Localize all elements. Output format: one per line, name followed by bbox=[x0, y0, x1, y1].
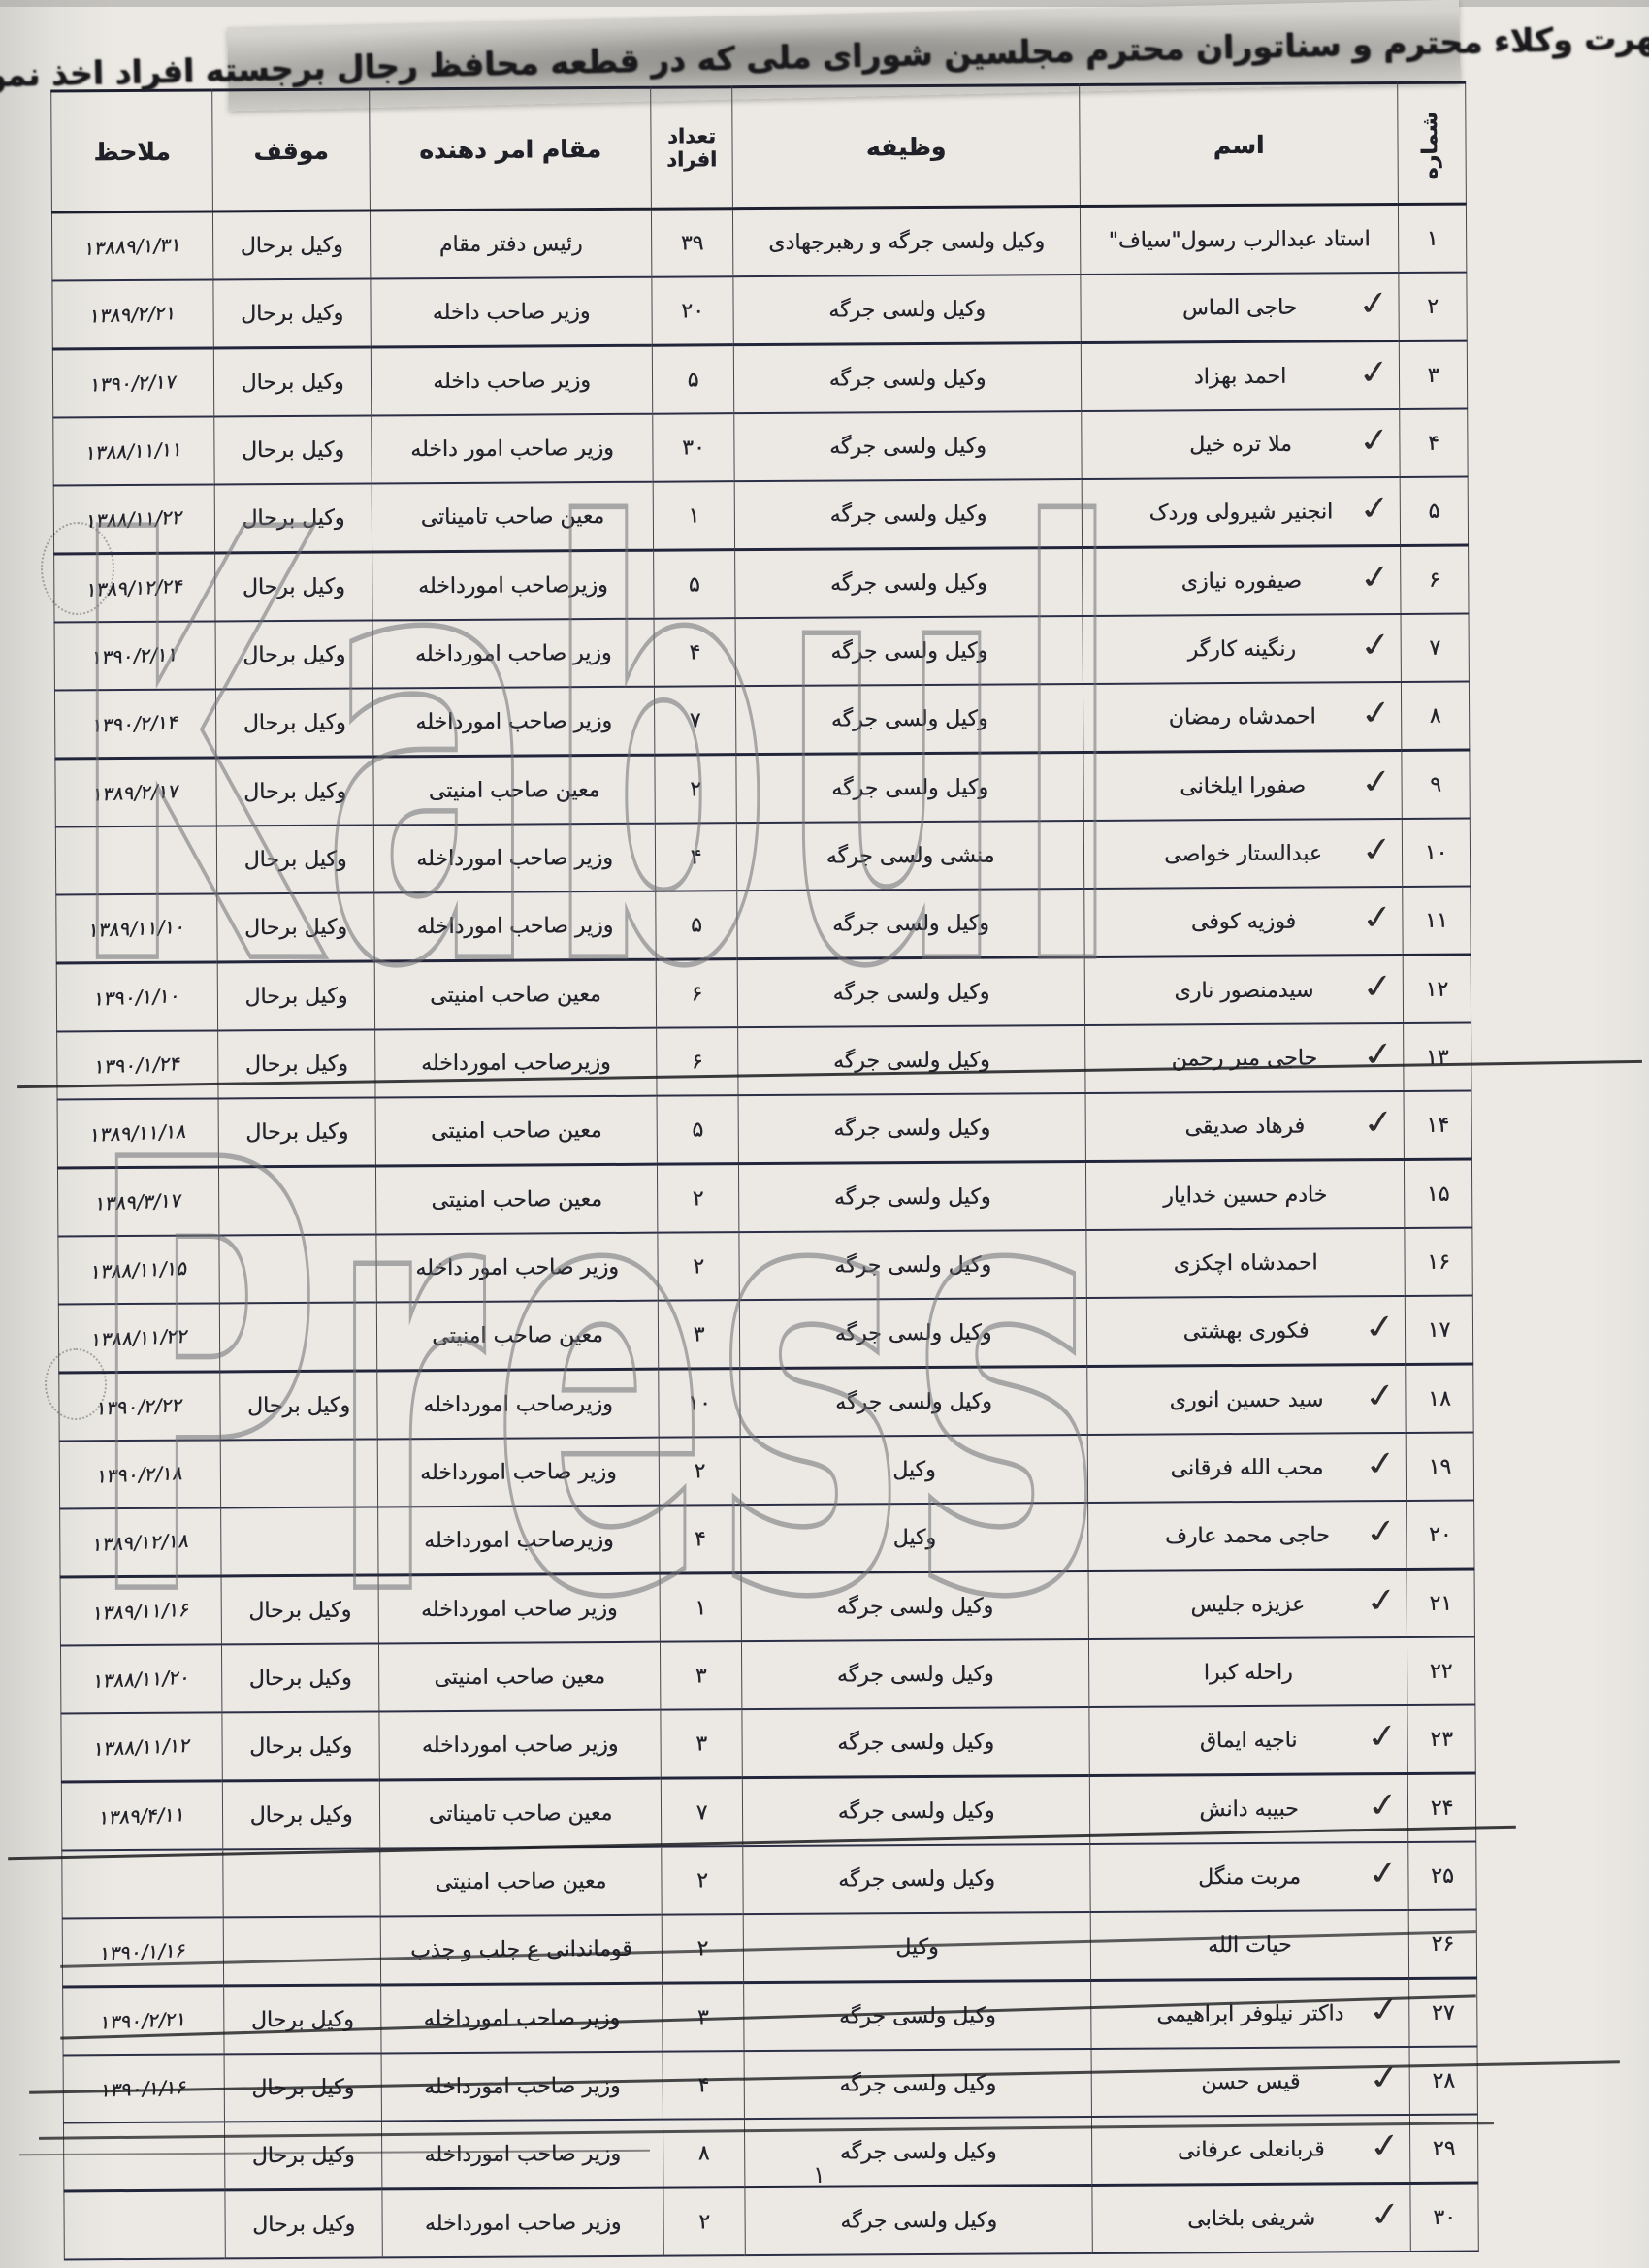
duty-cell: وکیل ولسی جرگه bbox=[734, 411, 1082, 481]
ordering-authority-cell: معین صاحب امنیتی bbox=[374, 959, 656, 1029]
staff-count-cell: ۳۰ bbox=[653, 413, 734, 482]
remarks-date-cell: ۱۳۸۹/۱۱/۱۸ bbox=[57, 1098, 218, 1168]
position-cell: وکیل برحال bbox=[214, 483, 372, 552]
handwritten-checkmark: ✓ bbox=[1364, 1716, 1403, 1758]
name-cell: ✓انجنیر شیرولی وردک bbox=[1082, 477, 1400, 548]
remarks-date-cell: ۱۳۸۹/۴/۱۱ bbox=[61, 1781, 222, 1851]
ordering-authority-cell: وزیر صاحب امورداخله bbox=[373, 824, 655, 893]
remarks-date-cell: ۱۳۹۰/۲/۱۷ bbox=[52, 348, 213, 418]
row-number-cell: ۱۳ bbox=[1404, 1023, 1471, 1091]
staff-count-cell: ۱۰ bbox=[659, 1369, 740, 1438]
name-cell: ✓سیدمنصور ناری bbox=[1084, 955, 1403, 1025]
position-cell bbox=[220, 1439, 377, 1507]
duty-cell: وکیل ولسی جرگه bbox=[741, 1571, 1088, 1641]
handwritten-checkmark: ✓ bbox=[1362, 1376, 1401, 1417]
remarks-date-cell: ۱۳۸۹/۱۲/۱۸ bbox=[60, 1507, 221, 1577]
handwritten-checkmark: ✓ bbox=[1356, 420, 1395, 462]
remarks-date-cell: ۱۳۹۰/۲/۲۱ bbox=[63, 1986, 224, 2056]
position-cell bbox=[221, 1507, 378, 1575]
staff-count-cell: ۶ bbox=[656, 959, 737, 1028]
remarks-date-cell bbox=[62, 1849, 223, 1918]
staff-count-cell: ۷ bbox=[661, 1778, 742, 1847]
name-cell: ✓حاجی الماس bbox=[1081, 273, 1399, 343]
scanned-page: جدول شهرت وکلاء محترم و سناتوران محترم م… bbox=[0, 0, 1649, 2268]
remarks-date-cell: ۱۳۸۸/۱۱/۱۲ bbox=[61, 1712, 222, 1782]
handwritten-checkmark: ✓ bbox=[1355, 283, 1394, 325]
duty-cell: منشی ولسی جرگه bbox=[736, 821, 1083, 891]
name-cell: ✓فوزیه کوفی bbox=[1084, 887, 1403, 957]
ordering-authority-cell: وزیر صاحب امورداخله bbox=[381, 1983, 663, 2053]
position-cell bbox=[219, 1234, 376, 1303]
name-cell: ✓حاجی محمد عارف bbox=[1088, 1501, 1406, 1571]
duty-cell: وکیل ولسی جرگه bbox=[744, 2049, 1091, 2119]
row-number-cell: ۵ bbox=[1400, 477, 1468, 546]
header-row: شماره اسم وظیفه تعداد افراد مقام امر دهن… bbox=[51, 82, 1467, 212]
position-cell: وکیل برحال bbox=[224, 2121, 381, 2189]
row-number-cell: ۷ bbox=[1401, 614, 1469, 682]
handwritten-checkmark: ✓ bbox=[1359, 1034, 1398, 1076]
duty-cell: وکیل ولسی جرگه bbox=[739, 1298, 1086, 1369]
column-header-remarks: ملاحظ bbox=[51, 90, 213, 212]
position-cell: وکیل برحال bbox=[221, 1643, 378, 1712]
name-cell: ✓شریفی بلخابی bbox=[1092, 2183, 1410, 2253]
guards-roster-table: شماره اسم وظیفه تعداد افراد مقام امر دهن… bbox=[50, 81, 1479, 2261]
staff-count-cell: ۵ bbox=[652, 345, 733, 414]
handwritten-checkmark: ✓ bbox=[1357, 625, 1396, 666]
table-row: ۲۰ ✓حاجی محمد عارف وکیل ۴ وزیرصاحب امورد… bbox=[60, 1501, 1474, 1577]
table-row: ۸ ✓احمدشاه رمضان وکیل ولسی جرگه ۷ وزیر ص… bbox=[54, 682, 1469, 759]
name-cell: ✓فرهاد صدیقی bbox=[1085, 1091, 1404, 1162]
position-cell: وکیل برحال bbox=[214, 415, 372, 484]
stamp-smudge bbox=[45, 1348, 107, 1420]
handwritten-arrow-mark: ↙ bbox=[1398, 243, 1406, 273]
staff-count-cell: ۲ bbox=[657, 1164, 738, 1233]
handwritten-checkmark: ✓ bbox=[1357, 693, 1396, 734]
table-row: ۱۱ ✓فوزیه کوفی وکیل ولسی جرگه ۵ وزیر صاح… bbox=[56, 887, 1471, 963]
table-row: ۱۹ ✓محب الله فرقانی وکیل ۲ وزیر صاحب امو… bbox=[59, 1433, 1473, 1509]
remarks-date-cell: ۱۳۸۹/۱۱/۱۰ bbox=[56, 893, 217, 963]
row-number-cell: ۳۰ bbox=[1410, 2183, 1478, 2252]
duty-cell: وکیل bbox=[741, 1503, 1088, 1573]
row-number-cell: ۱۱ bbox=[1403, 887, 1471, 956]
handwritten-checkmark: ✓ bbox=[1358, 829, 1397, 871]
duty-cell: وکیل ولسی جرگه bbox=[735, 547, 1083, 618]
duty-cell: وکیل ولسی جرگه bbox=[733, 342, 1081, 413]
position-cell: وکیل برحال bbox=[221, 1575, 378, 1644]
column-header-count: تعداد افراد bbox=[651, 87, 733, 210]
handwritten-checkmark: ✓ bbox=[1362, 1443, 1401, 1485]
row-number-cell: ۲۸ bbox=[1409, 2047, 1477, 2115]
table-row: ۱↙ استاد عبدالرب رسول"سیاف" وکیل ولسی جر… bbox=[51, 204, 1466, 280]
staff-count-cell: ۲۰ bbox=[652, 276, 733, 345]
handwritten-checkmark: ✓ bbox=[1359, 897, 1398, 939]
roster-table: شماره اسم وظیفه تعداد افراد مقام امر دهن… bbox=[51, 81, 1479, 2261]
row-number-cell: ۴ bbox=[1400, 409, 1468, 477]
column-header-name: اسم bbox=[1080, 82, 1399, 206]
duty-cell: وکیل ولسی جرگه bbox=[739, 1230, 1086, 1300]
ordering-authority-cell: وزیر صاحب امور داخله bbox=[376, 1233, 658, 1303]
name-cell: احمدشاه اچکزی bbox=[1086, 1228, 1405, 1298]
ordering-authority-cell: وزیر صاحب امور داخله bbox=[372, 414, 653, 484]
duty-cell: وکیل ولسی جرگه bbox=[741, 1639, 1088, 1709]
duty-cell: وکیل ولسی جرگه bbox=[745, 2185, 1092, 2255]
table-row: ۴ ✓ملا تره خیل وکیل ولسی جرگه ۳۰ وزیر صا… bbox=[53, 409, 1468, 486]
remarks-date-cell: ۱۳۸۸/۱۱/۱۱ bbox=[53, 416, 214, 485]
duty-cell: وکیل ولسی جرگه bbox=[737, 956, 1084, 1027]
table-row: ۹ ✓صفورا ایلخانی وکیل ولسی جرگه ۲ معین ص… bbox=[55, 750, 1470, 826]
table-row: ۱۲ ✓سیدمنصور ناری وکیل ولسی جرگه ۶ معین … bbox=[56, 955, 1471, 1031]
stamp-smudge bbox=[41, 522, 114, 615]
staff-count-cell: ۲ bbox=[659, 1437, 740, 1506]
position-cell: وکیل برحال bbox=[215, 552, 372, 621]
column-header-position: موقف bbox=[212, 89, 371, 211]
duty-cell: وکیل ولسی جرگه و رهبرجهادی bbox=[732, 206, 1080, 276]
row-number-cell: ۲۱ bbox=[1406, 1569, 1474, 1637]
name-cell: ✓سید حسین انوری bbox=[1087, 1364, 1406, 1435]
position-cell: وکیل برحال bbox=[216, 757, 373, 826]
ordering-authority-cell: معین صاحب امنیتی bbox=[378, 1642, 660, 1712]
ordering-authority-cell: وزیرصاحب امورداخله bbox=[372, 550, 654, 620]
staff-count-cell: ۴ bbox=[655, 823, 736, 891]
table-row: ۷ ✓رنگینه کارگر وکیل ولسی جرگه ۴ وزیر صا… bbox=[54, 614, 1469, 691]
handwritten-checkmark: ✓ bbox=[1355, 352, 1394, 394]
ordering-authority-cell: معین صاحب امنیتی bbox=[375, 1096, 657, 1166]
row-number-cell: ۸ bbox=[1401, 682, 1469, 751]
row-number-cell: ۱۴ bbox=[1404, 1091, 1471, 1160]
ordering-authority-cell: معین صاحب امنیتی bbox=[380, 1847, 662, 1917]
ordering-authority-cell: وزیر صاحب امورداخله bbox=[381, 2120, 663, 2189]
position-cell bbox=[218, 1166, 375, 1235]
row-number-cell: ۲ bbox=[1399, 273, 1467, 341]
name-cell: ✓مربت منگل bbox=[1090, 1842, 1408, 1912]
duty-cell: وکیل ولسی جرگه bbox=[734, 479, 1082, 550]
handwritten-checkmark: ✓ bbox=[1359, 966, 1398, 1008]
position-cell: وکیل برحال bbox=[218, 1029, 375, 1098]
staff-count-cell: ۱ bbox=[653, 481, 734, 550]
position-cell: وکیل برحال bbox=[220, 1371, 377, 1440]
name-cell: حیات الله bbox=[1090, 1910, 1408, 1981]
name-cell: ✓قیس حسن bbox=[1091, 2047, 1409, 2117]
staff-count-cell: ۴ bbox=[663, 2051, 744, 2120]
ordering-authority-cell: رئیس دفتر مقام bbox=[370, 209, 651, 278]
remarks-date-cell: ۱۳۹۰/۲/۱۱ bbox=[54, 621, 215, 690]
ordering-authority-cell: وزیرصاحب امورداخله bbox=[378, 1506, 660, 1575]
table-row: ۲۴ ✓حبیبه دانش وکیل ولسی جرگه ۷ معین صاح… bbox=[61, 1773, 1475, 1850]
duty-cell: وکیل ولسی جرگه bbox=[736, 752, 1083, 823]
staff-count-cell: ۴ bbox=[660, 1505, 741, 1573]
row-number-cell: ۱۲ bbox=[1403, 955, 1471, 1023]
row-number-cell: ۱۰ bbox=[1402, 819, 1470, 887]
remarks-date-cell: ۱۳۹۰/۲/۱۸ bbox=[59, 1440, 220, 1508]
table-row: ۲۲ راحله کبرا وکیل ولسی جرگه ۳ معین صاحب… bbox=[60, 1637, 1474, 1714]
row-number-cell: ۲۲ bbox=[1406, 1637, 1474, 1705]
duty-cell: وکیل ولسی جرگه bbox=[742, 1707, 1089, 1778]
name-cell: ✓احمد بهزاد bbox=[1081, 340, 1399, 411]
handwritten-checkmark: ✓ bbox=[1363, 1580, 1402, 1622]
row-number-cell: ۲۶ bbox=[1408, 1910, 1476, 1979]
row-number-cell: ۱۵ bbox=[1404, 1159, 1471, 1228]
position-cell: وکیل برحال bbox=[212, 211, 370, 279]
name-cell: ✓عبدالستار خواصی bbox=[1083, 819, 1402, 889]
table-row: ۱۵ خادم حسین خدایار وکیل ولسی جرگه ۲ معی… bbox=[57, 1159, 1471, 1236]
name-cell: ✓فکوری بهشتی bbox=[1086, 1296, 1405, 1367]
duty-cell: وکیل ولسی جرگه bbox=[740, 1366, 1087, 1437]
name-cell: ✓صیفوره نیازی bbox=[1083, 545, 1401, 616]
remarks-date-cell bbox=[63, 2122, 224, 2191]
ordering-authority-cell: معین صاحب تامیناتی bbox=[379, 1778, 661, 1848]
staff-count-cell: ۲ bbox=[663, 2187, 745, 2256]
remarks-date-cell: ۱۳۹۰/۱/۱۰ bbox=[56, 962, 217, 1032]
staff-count-cell: ۵ bbox=[656, 891, 737, 959]
position-cell: وکیل برحال bbox=[213, 347, 371, 416]
name-cell: ✓صفورا ایلخانی bbox=[1083, 750, 1402, 821]
table-row: ۶ ✓صیفوره نیازی وکیل ولسی جرگه ۵ وزیرصاح… bbox=[54, 545, 1469, 622]
remarks-date-cell: ۱۳۸۹/۳/۱۷ bbox=[57, 1167, 218, 1237]
remarks-date-cell: ۱۳۸۹/۲/۲۱ bbox=[52, 279, 213, 349]
ordering-authority-cell: وزیر صاحب امورداخله bbox=[379, 1710, 661, 1780]
ordering-authority-cell: وزیر صاحب امورداخله bbox=[372, 619, 654, 689]
position-cell: وکیل برحال bbox=[218, 1097, 375, 1166]
ordering-authority-cell: وزیرصاحب امورداخله bbox=[377, 1369, 659, 1439]
staff-count-cell: ۲ bbox=[658, 1232, 739, 1301]
duty-cell: وکیل ولسی جرگه bbox=[735, 684, 1083, 755]
column-header-authority: مقام امر دهنده bbox=[370, 87, 652, 211]
table-row: ۱۸ ✓سید حسین انوری وکیل ولسی جرگه ۱۰ وزی… bbox=[59, 1364, 1473, 1441]
position-cell: وکیل برحال bbox=[215, 620, 372, 689]
table-row: ۲ ✓حاجی الماس وکیل ولسی جرگه ۲۰ وزیر صاح… bbox=[52, 273, 1467, 349]
position-cell bbox=[219, 1302, 376, 1371]
position-cell bbox=[223, 1848, 380, 1917]
remarks-date-cell: ۱۳۸۸۹/۱/۳۱ bbox=[51, 211, 212, 281]
remarks-date-cell: ۱۳۹۰/۱/۲۴ bbox=[57, 1030, 218, 1099]
ordering-authority-cell: معین صاحب امنیتی bbox=[375, 1164, 657, 1234]
duty-cell: وکیل ولسی جرگه bbox=[737, 889, 1084, 959]
row-number-cell: ۶ bbox=[1401, 545, 1469, 614]
row-number-cell: ۱۷ bbox=[1405, 1296, 1472, 1365]
remarks-date-cell: ۱۳۹۰/۱/۱۶ bbox=[62, 1917, 223, 1987]
handwritten-checkmark: ✓ bbox=[1365, 1990, 1404, 2031]
duty-cell: وکیل ولسی جرگه bbox=[738, 1161, 1085, 1232]
ordering-authority-cell: معین صاحب امنیتی bbox=[373, 755, 655, 825]
table-row: ۱۴ ✓فرهاد صدیقی وکیل ولسی جرگه ۵ معین صا… bbox=[57, 1091, 1471, 1168]
ordering-authority-cell: وزیر صاحب امورداخله bbox=[374, 891, 656, 961]
staff-count-cell: ۷ bbox=[654, 686, 735, 755]
duty-cell: وکیل ولسی جرگه bbox=[733, 275, 1081, 345]
row-number-cell: ۲۰ bbox=[1406, 1501, 1474, 1570]
staff-count-cell: ۲ bbox=[662, 1846, 743, 1915]
staff-count-cell: ۳ bbox=[661, 1709, 742, 1778]
name-cell: استاد عبدالرب رسول"سیاف" bbox=[1080, 204, 1398, 275]
name-cell: ✓ملا تره خیل bbox=[1082, 409, 1400, 479]
remarks-date-cell: ۱۳۸۸/۱۱/۲۰ bbox=[60, 1644, 221, 1713]
staff-count-cell: ۲ bbox=[655, 755, 736, 824]
handwritten-checkmark: ✓ bbox=[1366, 2125, 1405, 2167]
table-row: ۲۳ ✓ناجیه ایماق وکیل ولسی جرگه ۳ وزیر صا… bbox=[61, 1705, 1475, 1782]
position-cell: وکیل برحال bbox=[222, 1711, 379, 1780]
position-cell: وکیل برحال bbox=[217, 961, 374, 1030]
table-row: ۱۷ ✓فکوری بهشتی وکیل ولسی جرگه ۳ معین صا… bbox=[58, 1296, 1472, 1373]
handwritten-checkmark: ✓ bbox=[1361, 1307, 1400, 1348]
remarks-date-cell bbox=[64, 2190, 225, 2260]
position-cell: وکیل برحال bbox=[216, 825, 373, 893]
ordering-authority-cell: وزیر صاحب امورداخله bbox=[378, 1573, 660, 1643]
remarks-date-cell bbox=[55, 826, 216, 894]
table-row: ۳۰ ✓شریفی بلخابی وکیل ولسی جرگه ۲ وزیر ص… bbox=[64, 2183, 1478, 2259]
name-cell: خادم حسین خدایار bbox=[1085, 1159, 1404, 1230]
staff-count-cell: ۶ bbox=[657, 1027, 738, 1096]
ordering-authority-cell: وزیرصاحب امورداخله bbox=[375, 1028, 657, 1098]
row-number-cell: ۳ bbox=[1399, 340, 1467, 409]
remarks-date-cell: ۱۳۸۹/۲/۱۷ bbox=[55, 758, 216, 827]
position-cell: وکیل برحال bbox=[213, 278, 371, 347]
remarks-date-cell: ۱۳۸۹/۱۱/۱۶ bbox=[60, 1576, 221, 1646]
ordering-authority-cell: وزیر صاحب داخله bbox=[371, 345, 652, 415]
name-cell: راحله کبرا bbox=[1088, 1637, 1406, 1707]
row-number-cell: ۲۷ bbox=[1409, 1978, 1477, 2047]
row-number-cell: ۲۳ bbox=[1407, 1705, 1475, 1774]
table-row: ۱۰ ✓عبدالستار خواصی منشی ولسی جرگه ۴ وزی… bbox=[55, 819, 1470, 895]
duty-cell: وکیل ولسی جرگه bbox=[743, 1844, 1090, 1914]
row-number-cell: ۱۹ bbox=[1406, 1433, 1473, 1501]
handwritten-checkmark: ✓ bbox=[1356, 488, 1395, 530]
handwritten-checkmark: ✓ bbox=[1356, 557, 1395, 599]
name-cell: ✓محب الله فرقانی bbox=[1087, 1433, 1406, 1503]
row-number-cell: ۱↙ bbox=[1398, 204, 1466, 273]
name-cell: ✓داکتر نیلوفر ابراهیمی bbox=[1091, 1978, 1409, 2049]
table-row: ۱۳ ✓حاجی میر رحمن وکیل ولسی جرگه ۶ وزیرص… bbox=[57, 1023, 1471, 1100]
row-number-cell: ۹ bbox=[1402, 750, 1470, 819]
ordering-authority-cell: وزیر صاحب امورداخله bbox=[382, 2187, 663, 2257]
position-cell: وکیل برحال bbox=[224, 1985, 381, 2054]
duty-cell: وکیل ولسی جرگه bbox=[735, 616, 1083, 686]
row-number-cell: ۲۵ bbox=[1408, 1842, 1476, 1910]
ordering-authority-cell: وزیر صاحب امورداخله bbox=[372, 687, 654, 757]
name-cell: ✓رنگینه کارگر bbox=[1083, 614, 1401, 684]
handwritten-checkmark: ✓ bbox=[1364, 1785, 1403, 1827]
duty-cell: وکیل ولسی جرگه bbox=[738, 1093, 1085, 1164]
name-cell: ✓حاجی میر رحمن bbox=[1085, 1023, 1404, 1093]
staff-count-cell: ۳ bbox=[660, 1641, 741, 1710]
staff-count-cell: ۳۹ bbox=[651, 209, 732, 277]
table-row: ۲۸ ✓قیس حسن وکیل ولسی جرگه ۴ وزیر صاحب ا… bbox=[63, 2047, 1477, 2123]
ordering-authority-cell: معین صاحب امنیتی bbox=[376, 1301, 658, 1371]
handwritten-checkmark: ✓ bbox=[1360, 1102, 1399, 1144]
row-number-cell: ۱۸ bbox=[1406, 1364, 1473, 1433]
table-row: ۵ ✓انجنیر شیرولی وردک وکیل ولسی جرگه ۱ م… bbox=[53, 477, 1468, 554]
handwritten-checkmark: ✓ bbox=[1358, 761, 1397, 803]
remarks-date-cell: ۱۳۸۸/۱۱/۱۵ bbox=[58, 1235, 219, 1304]
remarks-date-cell: ۱۳۹۰/۲/۱۴ bbox=[54, 689, 215, 759]
position-cell: وکیل برحال bbox=[217, 892, 374, 961]
page-number: ۱ bbox=[813, 2161, 825, 2188]
staff-count-cell: ۱ bbox=[660, 1573, 741, 1642]
handwritten-checkmark: ✓ bbox=[1367, 2194, 1406, 2236]
duty-cell: وکیل bbox=[740, 1435, 1087, 1505]
table-row: ۳ ✓احمد بهزاد وکیل ولسی جرگه ۵ وزیر صاحب… bbox=[52, 340, 1467, 417]
name-cell: ✓ناجیه ایماق bbox=[1089, 1705, 1407, 1776]
position-cell: وکیل برحال bbox=[215, 688, 372, 757]
ordering-authority-cell: وزیر صاحب داخله bbox=[371, 277, 652, 347]
staff-count-cell: ۵ bbox=[654, 550, 735, 619]
name-cell: ✓عزیزه جلیس bbox=[1088, 1569, 1406, 1639]
position-cell bbox=[223, 1916, 380, 1985]
ordering-authority-cell: وزیر صاحب امورداخله bbox=[377, 1438, 659, 1507]
row-number-cell: ۲۴ bbox=[1407, 1773, 1475, 1842]
staff-count-cell: ۵ bbox=[657, 1095, 738, 1164]
handwritten-checkmark: ✓ bbox=[1365, 1853, 1404, 1895]
table-body: ۱↙ استاد عبدالرب رسول"سیاف" وکیل ولسی جر… bbox=[51, 204, 1478, 2259]
ordering-authority-cell: قوماندانی ع جلب و جذب bbox=[380, 1915, 662, 1985]
staff-count-cell: ۳ bbox=[658, 1300, 739, 1369]
handwritten-checkmark: ✓ bbox=[1362, 1511, 1401, 1553]
column-header-duty: وظیفه bbox=[732, 85, 1081, 209]
table-row: ۱۶ احمدشاه اچکزی وکیل ولسی جرگه ۲ وزیر ص… bbox=[58, 1228, 1472, 1305]
row-number-cell: ۱۶ bbox=[1405, 1228, 1472, 1296]
staff-count-cell: ۴ bbox=[654, 618, 735, 687]
position-cell: وکیل برحال bbox=[222, 1780, 379, 1849]
ordering-authority-cell: معین صاحب تامیناتی bbox=[372, 482, 653, 552]
column-header-number: شماره bbox=[1398, 82, 1467, 204]
table-row: ۲۱ ✓عزیزه جلیس وکیل ولسی جرگه ۱ وزیر صاح… bbox=[60, 1569, 1474, 1645]
position-cell: وکیل برحال bbox=[225, 2189, 382, 2258]
duty-cell: وکیل ولسی جرگه bbox=[738, 1025, 1085, 1095]
name-cell: ✓احمدشاه رمضان bbox=[1083, 682, 1401, 753]
